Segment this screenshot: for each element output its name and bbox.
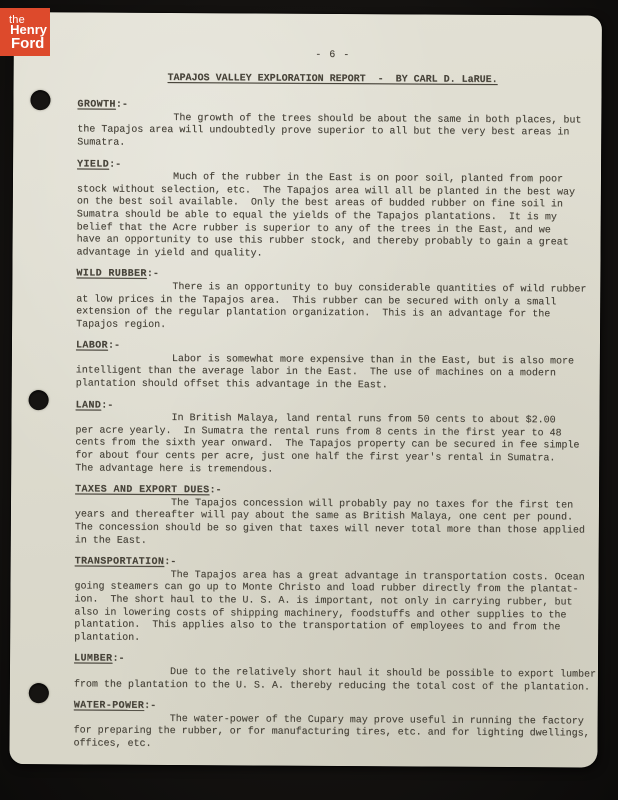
section-heading-suffix: :- <box>144 701 156 712</box>
section-heading-suffix: :- <box>164 557 176 568</box>
section-heading-label: LUMBER <box>74 654 112 665</box>
report-section: LABOR:- Labor is somewhat more expensive… <box>76 341 586 394</box>
report-section: TAXES AND EXPORT DUES:- The Tapajos conc… <box>75 485 585 551</box>
typewritten-content: - 6 - TAPAJOS VALLEY EXPLORATION REPORT … <box>9 12 602 768</box>
page-number: - 6 - <box>78 48 588 64</box>
section-heading-suffix: :- <box>112 654 124 665</box>
section-heading-suffix: :- <box>108 341 120 352</box>
henry-ford-logo: the Henry Ford <box>0 8 50 56</box>
section-heading-suffix: :- <box>101 400 113 411</box>
section-heading-suffix: :- <box>116 100 128 111</box>
section-line: from the plantation to the U. S. A. ther… <box>74 679 584 695</box>
section-heading-suffix: :- <box>147 269 159 280</box>
document-title: TAPAJOS VALLEY EXPLORATION REPORT - BY C… <box>78 72 588 88</box>
report-section: TRANSPORTATION:- The Tapajos area has a … <box>74 557 585 648</box>
paper-sheet: - 6 - TAPAJOS VALLEY EXPLORATION REPORT … <box>9 12 602 768</box>
report-section: LAND:- In British Malaya, land rental ru… <box>75 400 585 479</box>
section-heading-label: TRANSPORTATION <box>75 557 165 569</box>
report-section: WATER-POWER:- The water-power of the Cup… <box>73 701 583 754</box>
report-section: LUMBER:- Due to the relatively short hau… <box>74 654 584 695</box>
sections-container: GROWTH:- The growth of the trees should … <box>73 100 587 754</box>
section-heading-suffix: :- <box>209 485 221 496</box>
section-heading-label: LAND <box>76 400 102 411</box>
section-heading-suffix: :- <box>109 159 121 170</box>
logo-text-ford: Ford <box>11 35 44 52</box>
report-section: WILD RUBBER:- There is an opportunity to… <box>76 269 586 335</box>
section-heading-label: TAXES AND EXPORT DUES <box>75 485 209 497</box>
section-heading-label: WILD RUBBER <box>76 269 146 280</box>
report-section: YIELD:- Much of the rubber in the East i… <box>76 159 587 263</box>
section-heading-label: GROWTH <box>77 100 115 111</box>
report-section: GROWTH:- The growth of the trees should … <box>77 100 587 153</box>
scanned-document-page: the Henry Ford - 6 - TAPAJOS VALLEY EXPL… <box>0 0 618 800</box>
section-heading-label: WATER-POWER <box>74 701 144 712</box>
section-heading-label: LABOR <box>76 341 108 352</box>
section-heading-label: YIELD <box>77 159 109 170</box>
